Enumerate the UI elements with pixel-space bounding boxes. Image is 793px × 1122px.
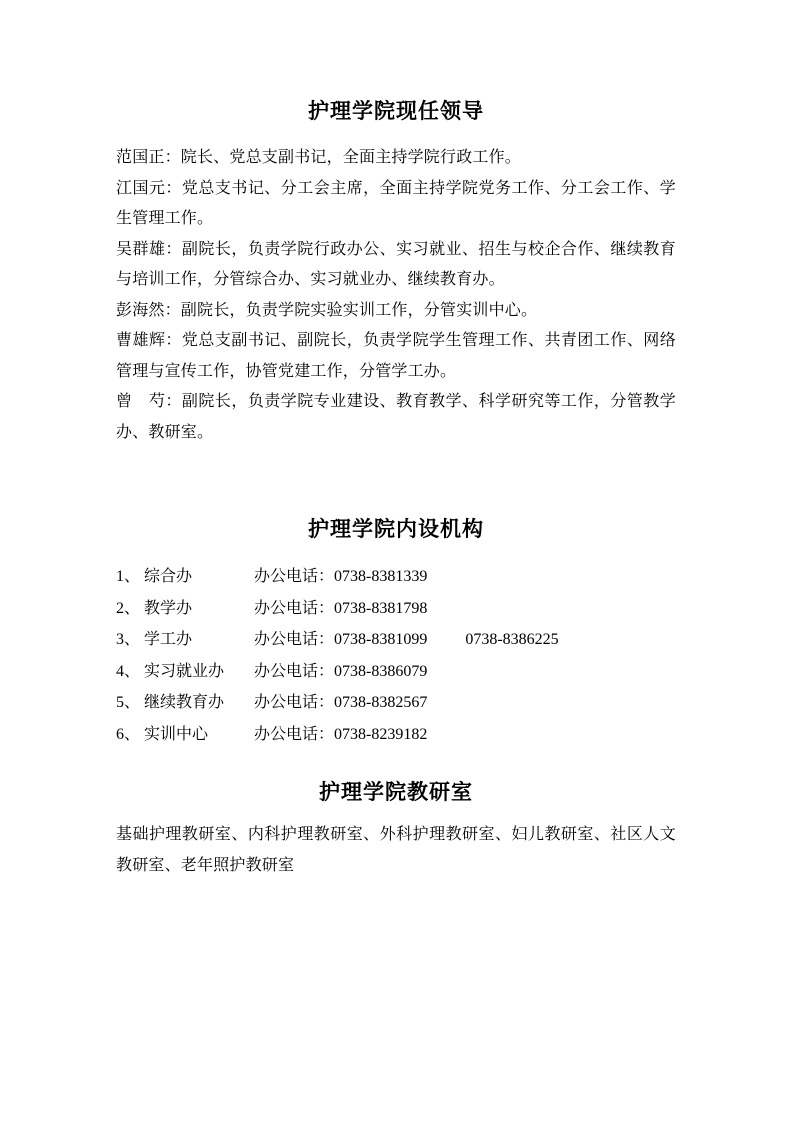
section-teaching-offices: 护理学院教研室 基础护理教研室、内科护理教研室、外科护理教研室、妇儿教研室、社区…: [116, 778, 676, 881]
phone-number: 0738-8386079: [334, 663, 427, 680]
office-phone-group: 办公电话：0738-8382567: [254, 687, 427, 719]
phone-label: 办公电话：: [254, 726, 334, 743]
phone-number: 0738-8381099: [334, 631, 427, 648]
leadership-paragraph: 曹雄辉：党总支副书记、副院长，负责学院学生管理工作、共青团工作、网络管理与宣传工…: [116, 326, 676, 387]
teaching-offices-title: 护理学院教研室: [116, 778, 676, 808]
office-number: 4、: [116, 656, 144, 688]
phone-label: 办公电话：: [254, 568, 334, 585]
office-number: 2、: [116, 593, 144, 625]
office-number: 3、: [116, 624, 144, 656]
leadership-paragraph: 彭海然：副院长，负责学院实验实训工作，分管实训中心。: [116, 296, 676, 327]
office-number: 1、: [116, 561, 144, 593]
leadership-paragraph: 范国正：院长、党总支副书记，全面主持学院行政工作。: [116, 143, 676, 174]
office-row: 2、 教学办 办公电话：0738-8381798: [116, 593, 676, 625]
phone-number-secondary: 0738-8386225: [465, 624, 558, 656]
office-row: 1、 综合办 办公电话：0738-8381339: [116, 561, 676, 593]
office-number: 6、: [116, 719, 144, 751]
phone-number: 0738-8381339: [334, 568, 427, 585]
phone-number: 0738-8381798: [334, 600, 427, 617]
phone-label: 办公电话：: [254, 631, 334, 648]
office-phone-group: 办公电话：0738-8381339: [254, 561, 427, 593]
office-name: 继续教育办: [144, 687, 254, 719]
teaching-offices-paragraph: 基础护理教研室、内科护理教研室、外科护理教研室、妇儿教研室、社区人文教研室、老年…: [116, 820, 676, 881]
document-page: 护理学院现任领导 范国正：院长、党总支副书记，全面主持学院行政工作。 江国元：党…: [0, 0, 793, 1122]
phone-number: 0738-8382567: [334, 694, 427, 711]
office-number: 5、: [116, 687, 144, 719]
phone-label: 办公电话：: [254, 600, 334, 617]
office-row: 6、 实训中心 办公电话：0738-8239182: [116, 719, 676, 751]
office-name: 教学办: [144, 593, 254, 625]
departments-title: 护理学院内设机构: [116, 515, 676, 545]
section-leadership: 护理学院现任领导 范国正：院长、党总支副书记，全面主持学院行政工作。 江国元：党…: [116, 97, 676, 448]
office-phone-group: 办公电话：0738-8381798: [254, 593, 427, 625]
office-name: 综合办: [144, 561, 254, 593]
office-phone-group: 办公电话：0738-8239182: [254, 719, 427, 751]
leadership-paragraph: 曾 芍：副院长，负责学院专业建设、教育教学、科学研究等工作，分管教学办、教研室。: [116, 387, 676, 448]
office-name: 实习就业办: [144, 656, 254, 688]
office-list: 1、 综合办 办公电话：0738-8381339 2、 教学办 办公电话：073…: [116, 561, 676, 750]
leadership-paragraphs: 范国正：院长、党总支副书记，全面主持学院行政工作。 江国元：党总支书记、分工会主…: [116, 143, 676, 448]
leadership-title: 护理学院现任领导: [116, 97, 676, 127]
office-row: 3、 学工办 办公电话：0738-8381099 0738-8386225: [116, 624, 676, 656]
office-phone-group: 办公电话：0738-8386079: [254, 656, 427, 688]
leadership-paragraph: 吴群雄：副院长，负责学院行政办公、实习就业、招生与校企合作、继续教育与培训工作，…: [116, 235, 676, 296]
phone-label: 办公电话：: [254, 694, 334, 711]
leadership-paragraph: 江国元：党总支书记、分工会主席，全面主持学院党务工作、分工会工作、学生管理工作。: [116, 174, 676, 235]
phone-number: 0738-8239182: [334, 726, 427, 743]
phone-label: 办公电话：: [254, 663, 334, 680]
office-name: 学工办: [144, 624, 254, 656]
office-phone-group: 办公电话：0738-8381099: [254, 624, 427, 656]
office-row: 4、 实习就业办 办公电话：0738-8386079: [116, 656, 676, 688]
office-row: 5、 继续教育办 办公电话：0738-8382567: [116, 687, 676, 719]
section-departments: 护理学院内设机构 1、 综合办 办公电话：0738-8381339 2、 教学办…: [116, 515, 676, 750]
office-name: 实训中心: [144, 719, 254, 751]
